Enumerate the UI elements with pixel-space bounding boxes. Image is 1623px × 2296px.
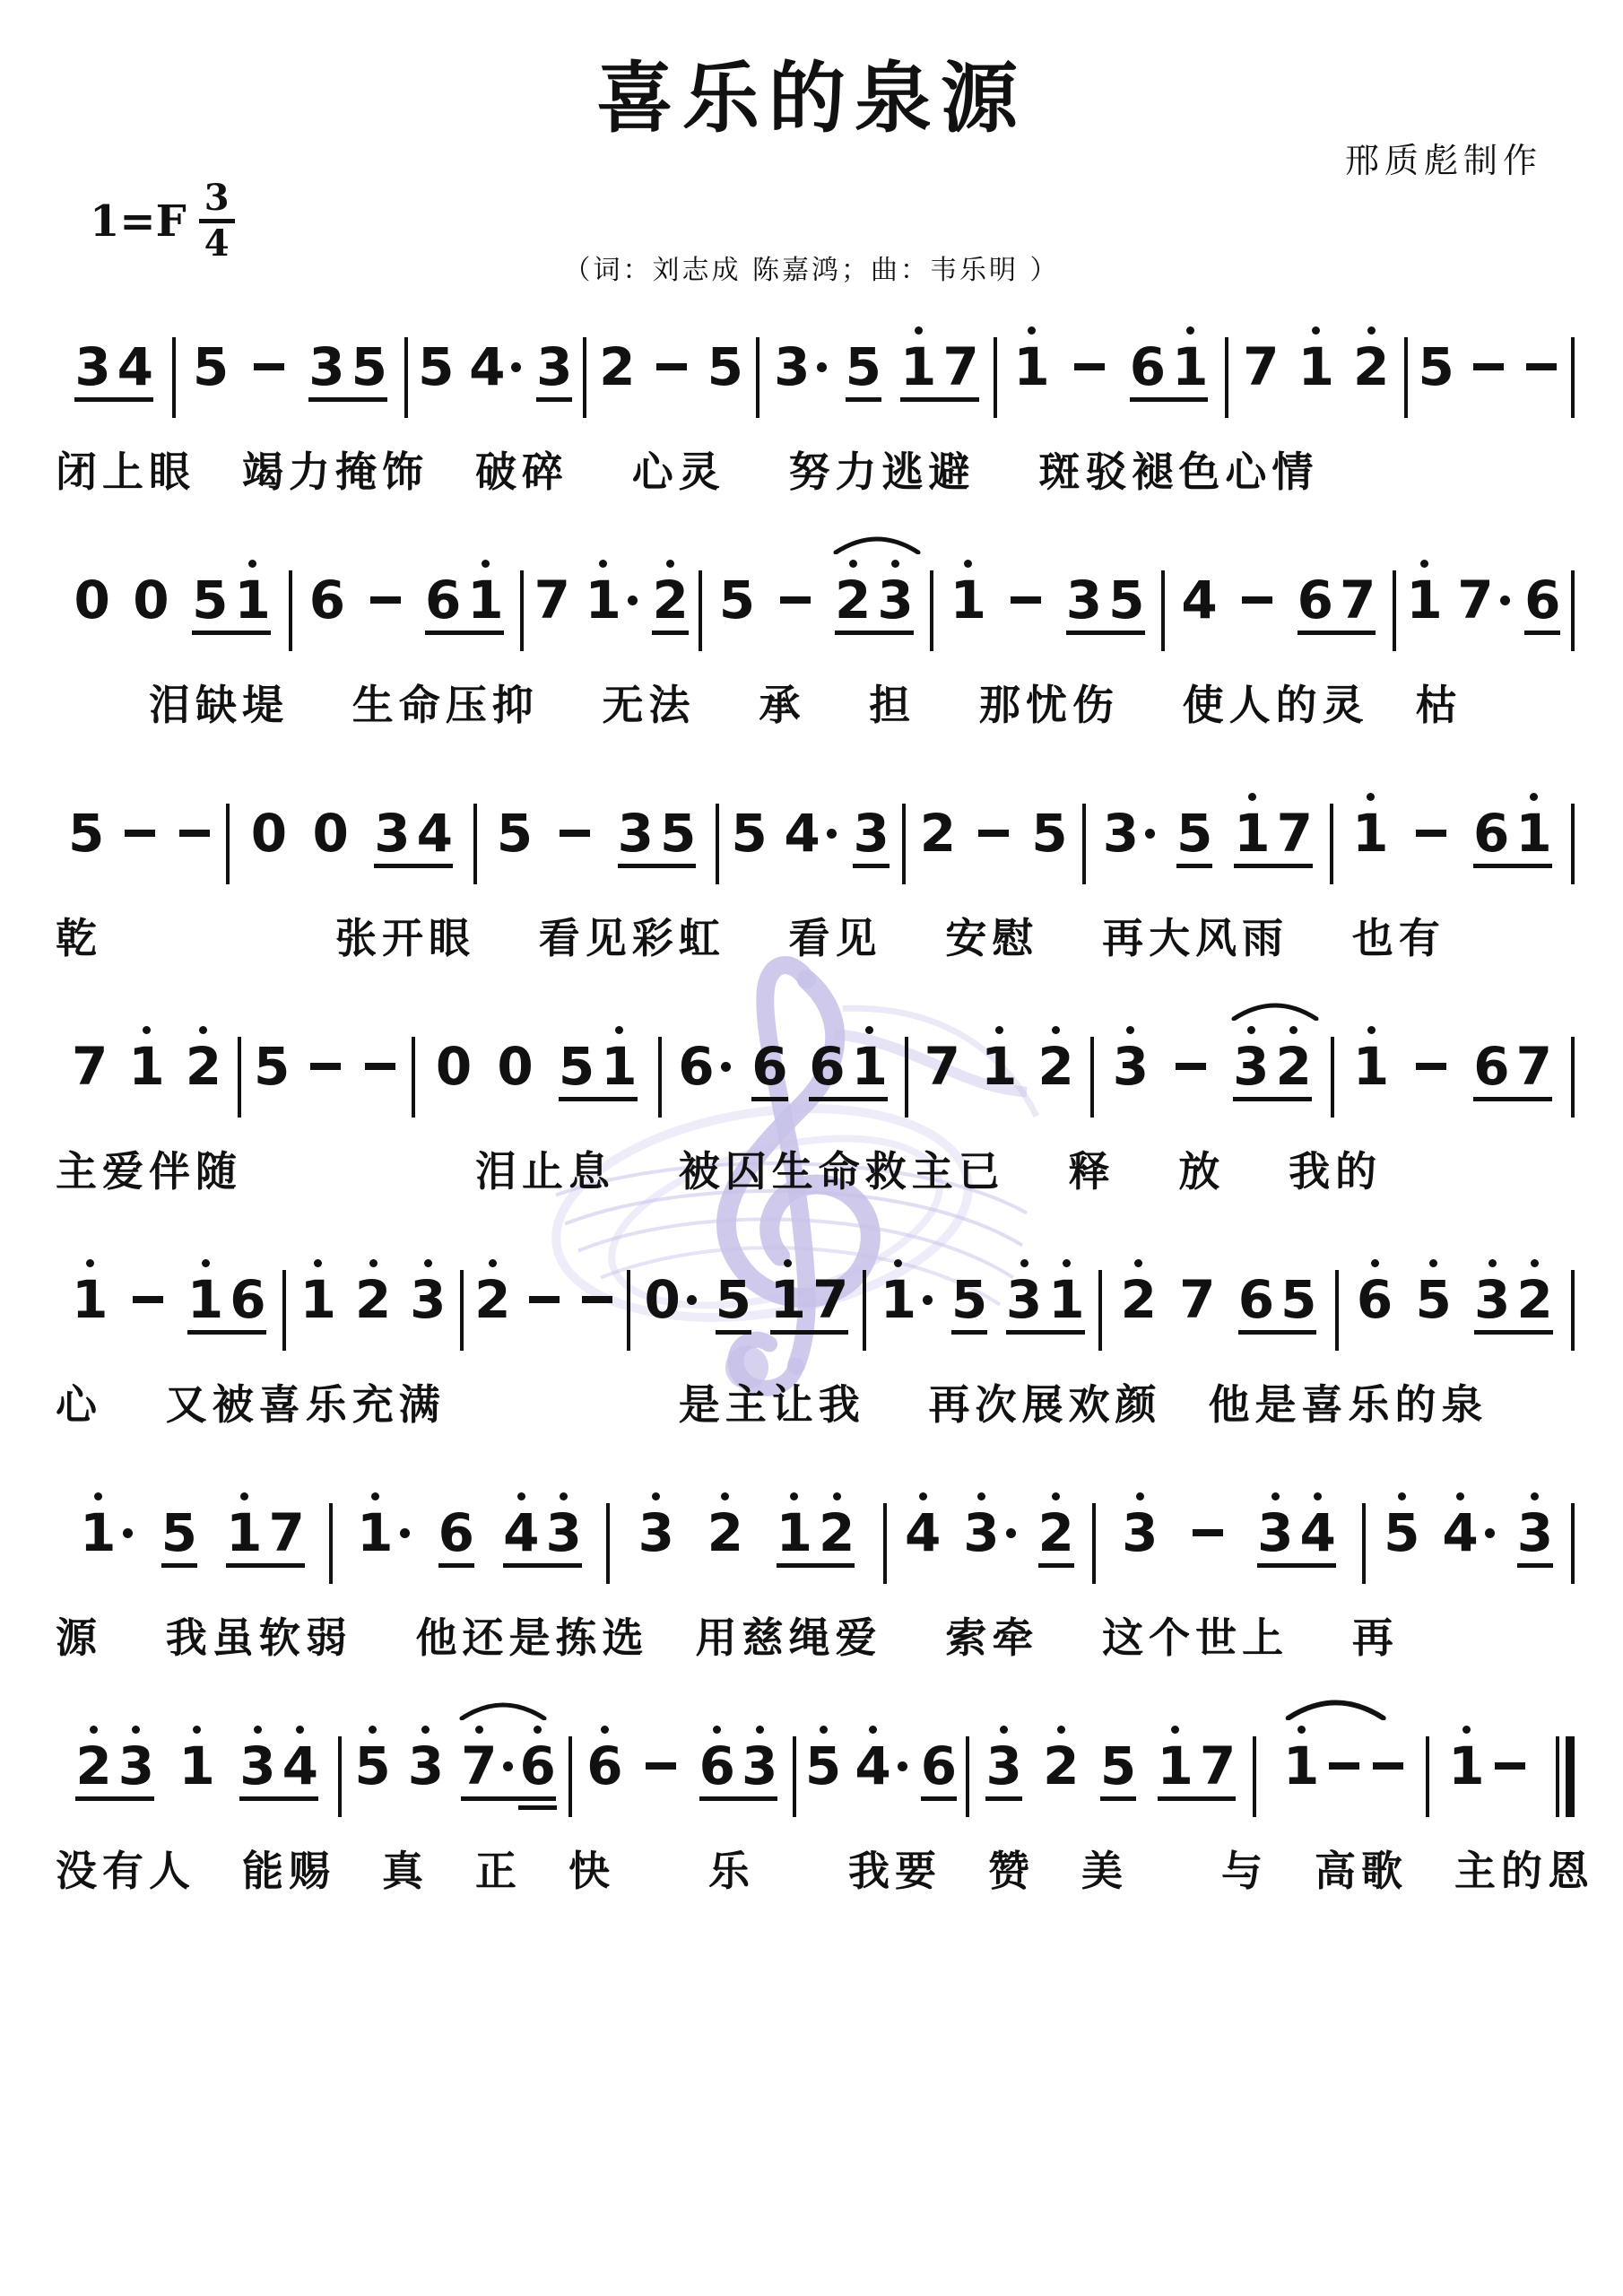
note-group: 0 [492, 1019, 537, 1094]
note: 2 [652, 552, 688, 628]
octave-dot-mark [891, 560, 899, 568]
note-group: 11 [1279, 1718, 1533, 1817]
note-group: 1 [876, 1252, 937, 1327]
note: 5 [1415, 1252, 1451, 1327]
note-digit: 3 [1113, 1039, 1149, 1094]
note-digit: 1 [80, 1505, 116, 1561]
octave-dot-mark [601, 1726, 609, 1734]
note: 5 [192, 552, 228, 628]
note-group: 34 [70, 319, 158, 395]
measure: 535 [176, 319, 404, 395]
note: 5 [1384, 1485, 1419, 1561]
measure: 2 [464, 1252, 627, 1327]
note-digit [578, 1272, 616, 1327]
note-group [1465, 319, 1512, 395]
note-group: 5 [947, 1252, 992, 1327]
octave-dot-mark [1186, 326, 1194, 335]
note-digit [777, 572, 814, 628]
augmentation-dot [721, 1062, 731, 1072]
octave-dot-mark [820, 1726, 828, 1734]
note-digit: 5 [68, 805, 104, 861]
augmentation-dot [400, 1528, 410, 1538]
octave-dot-mark [1000, 1726, 1008, 1734]
note-digit: 2 [1037, 1039, 1073, 1094]
note: 7 [1179, 1252, 1215, 1327]
note-digit: 5 [192, 572, 228, 628]
note: 5 [1108, 552, 1144, 628]
note: 3 [239, 1718, 275, 1794]
note-digit: 2 [1516, 1272, 1552, 1327]
note-group: 2 [1038, 1718, 1083, 1794]
duration-dash [1242, 596, 1272, 604]
note-group: 3 [405, 1252, 450, 1327]
note-group [574, 1252, 621, 1327]
note-digit: 6 [678, 1039, 714, 1094]
measure: 1517 [56, 1485, 329, 1561]
note-digit: 3 [410, 1272, 446, 1327]
note-group: 4 [1437, 1485, 1498, 1561]
measure: 467 [1165, 552, 1393, 628]
octave-dot-mark [1289, 1026, 1298, 1034]
note: 7 [1243, 319, 1279, 395]
notation-row: 0051661712523135467176 [56, 552, 1575, 651]
note: 3 [638, 1485, 674, 1561]
note-digit: 1 [1448, 1738, 1484, 1794]
note-digit: 1 [128, 1039, 164, 1094]
octave-dot-mark [964, 560, 972, 568]
note-group: 4 [464, 319, 525, 395]
note-group: 5 [1414, 319, 1459, 395]
note-digit: 6 [425, 572, 461, 628]
note-digit: 5 [1419, 339, 1454, 395]
rest-note: 0 [313, 786, 349, 861]
note-group: 6 [582, 1718, 627, 1794]
note-group [1234, 552, 1280, 628]
note-digit: 7 [72, 1039, 108, 1094]
duration-dash [133, 1296, 163, 1303]
note-group: 3 [848, 786, 893, 861]
note: 7 [1277, 786, 1313, 861]
duration-dash [646, 1762, 676, 1770]
song-title: 喜乐的泉源 [0, 36, 1623, 147]
duration-dash [582, 1296, 612, 1303]
augmentation-dot [1145, 829, 1155, 839]
note-digit: 6 [1298, 572, 1333, 628]
note-digit [1369, 1738, 1407, 1794]
note-group: 3 [1117, 1485, 1162, 1561]
note-digit: 3 [638, 1505, 674, 1561]
note-digit: 1 [300, 1272, 336, 1327]
note: 6 [921, 1718, 957, 1794]
note: 5 [352, 319, 387, 395]
note-digit: 4 [282, 1738, 318, 1794]
octave-dot-mark [199, 1026, 207, 1034]
note-digit [525, 1272, 563, 1327]
note-group: 5 [413, 319, 458, 395]
note-group: 0 [128, 552, 173, 628]
note-digit [975, 805, 1012, 861]
note: 3 [118, 1718, 154, 1794]
note-digit: 4 [1300, 1505, 1336, 1561]
barline [1571, 1037, 1575, 1118]
measure: 546 [796, 1718, 966, 1794]
note-group: 4 [779, 786, 840, 861]
octave-dot-mark [534, 1726, 542, 1734]
note-group [772, 552, 819, 628]
octave-dot-mark [369, 1726, 377, 1734]
octave-dot-mark [1126, 1026, 1134, 1034]
tie-arc [1284, 1693, 1387, 1720]
note: 3 [1474, 1252, 1510, 1327]
note-group [970, 786, 1017, 861]
note-digit: 2 [1275, 1039, 1311, 1094]
octave-dot-mark [1020, 1259, 1028, 1267]
note-digit: 3 [963, 1505, 999, 1561]
measure: 25 [906, 786, 1082, 861]
note: 5 [193, 319, 229, 395]
note-group: 3 [1513, 1485, 1558, 1561]
note-digit: 3 [374, 805, 410, 861]
note-digit: 5 [418, 339, 454, 395]
note: 7 [461, 1718, 497, 1794]
note: 1 [1353, 1019, 1389, 1094]
note-digit: 1 [852, 1039, 888, 1094]
note-digit [307, 1039, 344, 1094]
measure: 543 [719, 786, 902, 861]
measure: 161 [1333, 786, 1571, 861]
octave-dot-mark [517, 1492, 525, 1500]
note-digit: 4 [469, 339, 505, 395]
note: 4 [417, 786, 453, 861]
note-digit: 1 [1013, 339, 1049, 395]
note-digit: 1 [1515, 805, 1551, 861]
note-group [171, 786, 218, 861]
note-group: 23 [71, 1718, 159, 1794]
measure: 543 [1366, 1485, 1571, 1561]
augmentation-dot [1485, 1528, 1495, 1538]
dash-note [1071, 319, 1108, 395]
note: 1 [1515, 786, 1551, 861]
note-digit: 5 [660, 805, 696, 861]
note-digit: 5 [707, 339, 743, 395]
note-group: 32 [1228, 1019, 1316, 1094]
note-group: 67 [1469, 1019, 1557, 1094]
note: 7 [1340, 552, 1376, 628]
note-digit: 1 [1298, 339, 1334, 395]
octave-dot-mark [296, 1726, 304, 1734]
octave-dot-mark [1248, 793, 1256, 801]
note: 5 [354, 1718, 390, 1794]
note-digit [1071, 339, 1108, 395]
note-digit: 7 [534, 572, 570, 628]
note-group: 4 [1176, 552, 1221, 628]
note: 7 [942, 319, 978, 395]
note: 3 [410, 1252, 446, 1327]
octave-dot-mark [421, 1726, 430, 1734]
note-group: 3 [769, 319, 830, 395]
measure: 5376 [342, 1718, 568, 1794]
octave-dot-mark [915, 326, 923, 335]
note-group: 6 [916, 1718, 961, 1794]
note: 1 [234, 552, 270, 628]
barline [1571, 804, 1575, 884]
note-digit: 7 [812, 1272, 848, 1327]
note: 4 [469, 319, 505, 395]
measure: 25 [586, 319, 756, 395]
note-digit [1325, 1738, 1363, 1794]
octave-dot-mark [254, 1726, 262, 1734]
note-group: 5 [1096, 1718, 1141, 1794]
rest-note: 0 [436, 1019, 472, 1094]
note-group: 3 [981, 1718, 1026, 1794]
note-digit: 6 [1357, 1272, 1393, 1327]
dash-note [361, 1019, 399, 1094]
note-digit [1007, 572, 1045, 628]
note-digit: 3 [877, 572, 913, 628]
note: 2 [835, 552, 871, 628]
octave-dot-mark [371, 1492, 379, 1500]
note-group [1066, 319, 1113, 395]
note-group: 1 [352, 1485, 413, 1561]
octave-dot-mark [132, 1726, 140, 1734]
note-digit: 3 [308, 339, 344, 395]
note-digit: 1 [226, 1505, 262, 1561]
note: 1 [187, 1252, 223, 1327]
augmentation-dot [628, 596, 638, 605]
note-digit: 1 [1158, 1738, 1193, 1794]
note-group: 51 [554, 1019, 642, 1094]
lyrics-line: 主爱伴随 泪止息 被囚生命救主已 释 放 我的 [56, 1139, 1575, 1198]
score-system: 712500516661712332167主爱伴随 泪止息 被囚生命救主已 释 … [56, 1019, 1575, 1252]
note: 1 [1298, 319, 1334, 395]
note: 1 [777, 1485, 812, 1561]
note-digit: 6 [438, 1505, 474, 1561]
note: 1 [1448, 1718, 1484, 1794]
note-digit: 1 [187, 1272, 223, 1327]
octave-dot-mark [489, 1259, 497, 1267]
octave-dot-mark [1052, 1026, 1060, 1034]
score-system: 11612320517153127656532心 又被喜乐充满 是主让我 再次展… [56, 1252, 1575, 1485]
note-digit: 7 [1200, 1738, 1236, 1794]
dash-note [176, 786, 213, 861]
note-digit: 1 [900, 339, 936, 395]
octave-dot-mark [1298, 1726, 1306, 1734]
note-digit [1412, 1039, 1450, 1094]
note-digit: 2 [707, 1505, 743, 1561]
score-lines: 345355432535171617125闭上眼 竭力掩饰 破碎 心灵 努力逃避… [56, 319, 1575, 1952]
note: 6 [586, 1718, 622, 1794]
note-group: 6 [1352, 1252, 1397, 1327]
note-group [117, 786, 163, 861]
note: 6 [1298, 552, 1333, 628]
note: 1 [226, 1485, 262, 1561]
note: 6 [1473, 786, 1509, 861]
slur-arc [832, 531, 922, 554]
slur-arc [1230, 997, 1320, 1021]
note: 5 [707, 319, 743, 395]
note-digit: 5 [1384, 1505, 1419, 1561]
duration-dash [1495, 1762, 1525, 1770]
octave-dot-mark [1367, 1026, 1376, 1034]
note-group: 3 [532, 319, 577, 395]
note: 2 [75, 1718, 111, 1794]
note: 5 [418, 319, 454, 395]
note-digit: 4 [417, 805, 453, 861]
note: 4 [1181, 552, 1217, 628]
dash-note [367, 552, 404, 628]
note-digit: 3 [1233, 1039, 1269, 1094]
note-group: 3 [1108, 1019, 1153, 1094]
note-group: 43 [499, 1485, 586, 1561]
octave-dot-mark [193, 1726, 201, 1734]
note-group: 6 [305, 552, 350, 628]
note: 4 [503, 1485, 539, 1561]
note: 2 [355, 1252, 391, 1327]
slur-arc [458, 1697, 548, 1720]
note: 4 [784, 786, 820, 861]
note-digit [367, 572, 404, 628]
note-group [362, 552, 409, 628]
note-digit [642, 1738, 680, 1794]
measure: 123 [286, 1252, 460, 1327]
measure: 535 [477, 786, 715, 861]
note-digit: 2 [474, 1272, 510, 1327]
final-barline-thick [1566, 1736, 1575, 1817]
octave-dot-mark [865, 1026, 873, 1034]
octave-dot-mark [1367, 326, 1376, 335]
dash-note [556, 786, 594, 861]
note-group: 61 [1125, 319, 1213, 395]
note: 6 [1473, 1019, 1509, 1094]
note-group: 5 [1379, 1485, 1424, 1561]
rest-note: 0 [74, 552, 109, 628]
octave-dot-mark [1171, 1726, 1179, 1734]
note-digit: 2 [819, 1505, 855, 1561]
rest-note: 0 [133, 552, 169, 628]
note: 7 [72, 1019, 108, 1094]
note-digit: 3 [74, 339, 110, 395]
dash-note [121, 786, 159, 861]
note: 4 [1442, 1485, 1478, 1561]
octave-dot-mark [652, 1492, 660, 1500]
note-digit: 0 [74, 572, 109, 628]
note: 3 [374, 786, 410, 861]
notation-row: 345355432535171617125 [56, 319, 1575, 418]
octave-dot-mark [995, 1026, 1003, 1034]
note-group: 5 [726, 786, 771, 861]
octave-dot-mark [143, 1026, 151, 1034]
note-group: 0 [640, 1252, 701, 1327]
note: 7 [924, 1019, 960, 1094]
note-group: 3 [404, 1718, 448, 1794]
note-group [1408, 786, 1454, 861]
note: 1 [179, 1718, 215, 1794]
octave-dot-mark [713, 1726, 721, 1734]
note: 6 [1357, 1252, 1393, 1327]
note: 2 [1043, 1718, 1079, 1794]
note: 3 [1103, 786, 1139, 861]
barline [1571, 1503, 1575, 1584]
note-group: 2 [703, 1485, 748, 1561]
note: 5 [719, 552, 755, 628]
augmentation-dot [503, 1761, 513, 1771]
note: 1 [900, 319, 936, 395]
measure: 334 [1096, 1485, 1362, 1561]
note-digit: 5 [1100, 1738, 1136, 1794]
barline [1426, 1736, 1429, 1817]
octave-dot-mark [1314, 1492, 1322, 1500]
time-signature-top: 3 [199, 179, 235, 223]
dash-note [1007, 552, 1045, 628]
note: 1 [881, 1252, 916, 1327]
notation-row: 151716433212432334543 [56, 1485, 1575, 1584]
note-digit: 5 [846, 339, 881, 395]
note-group: 1 [1009, 319, 1054, 395]
note: 3 [536, 319, 572, 395]
note: 3 [963, 1485, 999, 1561]
note-group: 51 [187, 552, 275, 628]
note: 1 [770, 1252, 806, 1327]
note: 1 [586, 552, 621, 628]
note-group: 1 [75, 1485, 136, 1561]
measure: 116 [56, 1252, 282, 1327]
note-digit: 2 [1043, 1738, 1079, 1794]
note: 5 [1100, 1718, 1136, 1794]
note-group: 2 [351, 1252, 395, 1327]
note: 5 [1419, 319, 1454, 395]
note: 3 [985, 1718, 1021, 1794]
note-digit: 1 [770, 1272, 806, 1327]
dash-note [777, 552, 814, 628]
lyrics-line: 没有人 能赐 真 正 快 乐 我要 赞 美 与 高歌 主的恩 泽 [56, 1839, 1575, 1898]
lyrics-line: 源 我虽软弱 他还是拣选 用慈绳爱 索牵 这个世上 再 [56, 1605, 1575, 1665]
note: 4 [1300, 1485, 1336, 1561]
note: 6 [751, 1019, 787, 1094]
octave-dot-mark [977, 1492, 985, 1500]
note-digit: 5 [254, 1039, 290, 1094]
note-digit: 6 [1473, 1039, 1509, 1094]
note: 7 [1200, 1718, 1236, 1794]
measure: 712 [56, 1019, 238, 1094]
note-group: 3 [959, 1485, 1020, 1561]
duration-dash [1473, 363, 1504, 370]
note: 1 [1234, 786, 1270, 861]
note-digit: 1 [179, 1738, 215, 1794]
note-group: 34 [369, 786, 457, 861]
note-group: 5 [350, 1718, 395, 1794]
octave-dot-mark [1429, 1259, 1437, 1267]
dash-note [129, 1252, 167, 1327]
note-group: 1 [1294, 319, 1339, 395]
octave-dot-mark [90, 1726, 98, 1734]
duration-dash [1011, 596, 1041, 604]
note-group: 2 [647, 552, 692, 628]
augmentation-dot [1500, 596, 1510, 605]
barline [1571, 1270, 1575, 1351]
dash-note [578, 1252, 616, 1327]
note-group: 1 [124, 1019, 169, 1094]
octave-dot-mark [1462, 1726, 1471, 1734]
note-digit: 6 [1238, 1272, 1274, 1327]
measure: 176 [1396, 552, 1571, 628]
note-group: 3 [1098, 786, 1159, 861]
note-group: 2 [1349, 319, 1393, 395]
measure: 6661 [662, 1019, 905, 1094]
note-digit: 2 [186, 1039, 221, 1094]
note-group: 1 [946, 552, 991, 628]
note: 1 [80, 1485, 116, 1561]
octave-dot-mark [248, 560, 256, 568]
